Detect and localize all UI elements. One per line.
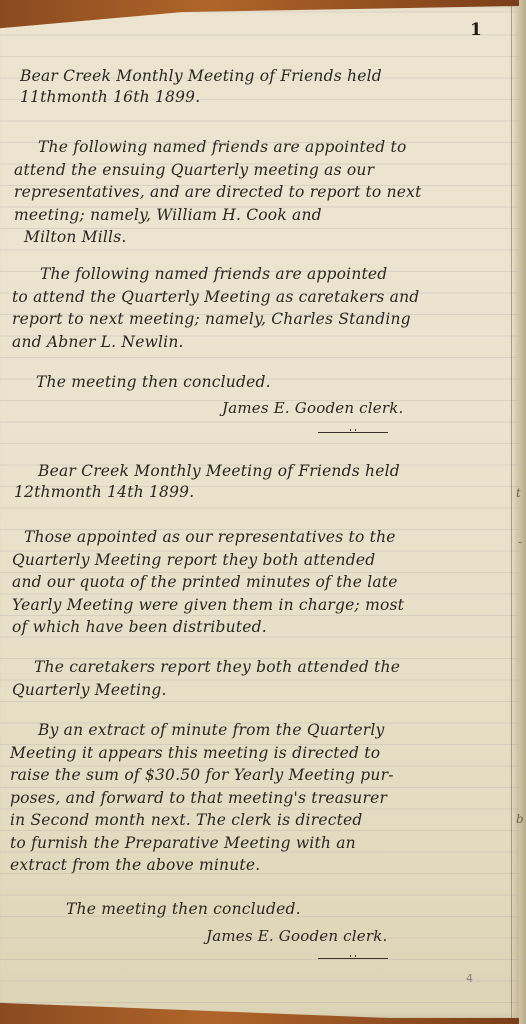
paragraph-line: Quarterly Meeting report they both atten… xyxy=(12,549,404,572)
minute-separator xyxy=(318,958,388,959)
paragraph-line: The following named friends are appointe… xyxy=(14,136,422,159)
page-number: 1 xyxy=(470,20,482,40)
minute-2-closing: The meeting then concluded. xyxy=(66,899,301,920)
paragraph-line: Quarterly Meeting. xyxy=(12,679,400,702)
minute-1-paragraph-2: The following named friends are appointe… xyxy=(12,263,419,353)
paragraph-line: meeting; namely, William H. Cook and xyxy=(14,204,422,227)
minute-1-closing: The meeting then concluded. xyxy=(36,372,271,393)
right-margin-line xyxy=(511,6,512,1018)
margin-mark: b xyxy=(516,812,524,826)
minute-2-heading-line-2: 12thmonth 14th 1899. xyxy=(14,482,400,503)
minute-2-clerk-signature: James E. Gooden clerk. xyxy=(206,926,387,947)
paragraph-line: The following named friends are appointe… xyxy=(12,263,419,286)
paragraph-line: representatives, and are directed to rep… xyxy=(14,181,422,204)
paragraph-line: poses, and forward to that meeting's tre… xyxy=(10,787,394,810)
paragraph-line: Meeting it appears this meeting is direc… xyxy=(10,742,394,765)
paragraph-line: By an extract of minute from the Quarter… xyxy=(10,719,394,742)
paragraph-line: The caretakers report they both attended… xyxy=(12,656,400,679)
paragraph-line: raise the sum of $30.50 for Yearly Meeti… xyxy=(10,764,394,787)
minute-2-heading: Bear Creek Monthly Meeting of Friends he… xyxy=(14,461,400,503)
minute-2-paragraph-3: By an extract of minute from the Quarter… xyxy=(10,719,394,877)
minute-1-heading-line-1: Bear Creek Monthly Meeting of Friends he… xyxy=(20,66,382,87)
paragraph-line: Those appointed as our representatives t… xyxy=(12,526,404,549)
minute-separator xyxy=(318,432,388,433)
pencil-annotation: 4 xyxy=(466,972,473,985)
minute-1-paragraph-1: The following named friends are appointe… xyxy=(14,136,422,249)
ledger-page: 1 Bear Creek Monthly Meeting of Friends … xyxy=(0,6,519,1018)
paragraph-line: to furnish the Preparative Meeting with … xyxy=(10,832,394,855)
margin-mark: t xyxy=(516,486,521,500)
minute-2-paragraph-2: The caretakers report they both attended… xyxy=(12,656,400,701)
paragraph-line: Yearly Meeting were given them in charge… xyxy=(12,594,404,617)
paragraph-line: of which have been distributed. xyxy=(12,616,404,639)
paragraph-line: report to next meeting; namely, Charles … xyxy=(12,308,419,331)
scanned-ledger-photo: 1 Bear Creek Monthly Meeting of Friends … xyxy=(0,0,526,1024)
minute-1-heading: Bear Creek Monthly Meeting of Friends he… xyxy=(20,66,382,108)
paragraph-line: and Abner L. Newlin. xyxy=(12,331,419,354)
paragraph-line: in Second month next. The clerk is direc… xyxy=(10,809,394,832)
margin-mark: - xyxy=(518,535,522,549)
paragraph-line: Milton Mills. xyxy=(14,226,422,249)
page-edge xyxy=(519,0,526,1024)
paragraph-line: to attend the Quarterly Meeting as caret… xyxy=(12,286,419,309)
paragraph-line: extract from the above minute. xyxy=(10,854,394,877)
minute-2-paragraph-1: Those appointed as our representatives t… xyxy=(12,526,404,639)
paragraph-line: attend the ensuing Quarterly meeting as … xyxy=(14,159,422,182)
minute-1-heading-line-2: 11thmonth 16th 1899. xyxy=(20,87,382,108)
minute-2-heading-line-1: Bear Creek Monthly Meeting of Friends he… xyxy=(14,461,400,482)
minute-1-clerk-signature: James E. Gooden clerk. xyxy=(222,398,403,419)
paragraph-line: and our quota of the printed minutes of … xyxy=(12,571,404,594)
